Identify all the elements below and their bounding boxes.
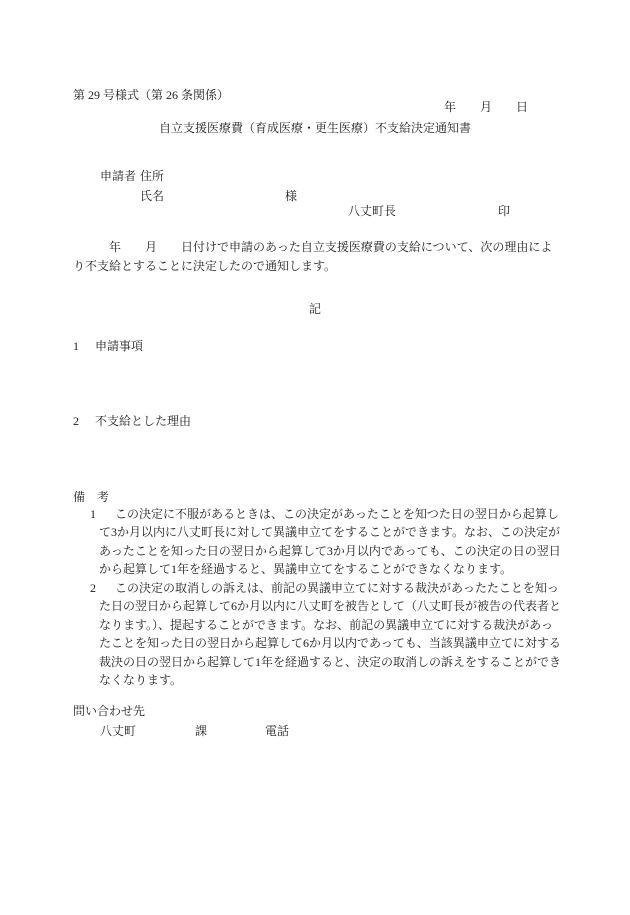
date-line: 年 月 日 <box>444 100 528 114</box>
honorific-sama: 様 <box>285 189 297 203</box>
section-1-label: 申請事項 <box>95 339 143 353</box>
section-2-number: 2 <box>73 414 79 428</box>
contact-municipality: 八丈町 <box>100 724 136 738</box>
name-label: 氏名 <box>140 189 164 203</box>
remarks-heading: 備 考 <box>73 490 109 504</box>
body-line-1: 年 月 日付けで申請のあった自立支援医療費の支給について、次の理由によ <box>73 240 552 254</box>
contact-phone-label: 電話 <box>265 724 289 738</box>
remark-1-number: 1 <box>90 507 96 521</box>
remark-1-line-1: この決定に不服があるときは、この決定があったことを知つた日の翌日から起算し <box>115 507 559 521</box>
body-line-2: り不支給とすることに決定したので通知します。 <box>73 259 336 273</box>
remark-2-line-2: た日の翌日から起算して6か月以内に八丈町を被告として（八丈町長が被告の代表者と <box>99 599 561 613</box>
remark-1-line-4: から起算して1年を経過すると、異議申立てをすることができなくなります。 <box>99 562 512 576</box>
mayor-title: 八丈町長 <box>348 204 396 218</box>
remark-1-line-3: あったことを知った日の翌日から起算して3か月以内であっても、この決定の日の翌日 <box>99 544 561 558</box>
record-marker: 記 <box>0 302 630 316</box>
document-title: 自立支援医療費（育成医療・更生医療）不支給決定通知書 <box>0 121 630 135</box>
remark-2-number: 2 <box>90 581 96 595</box>
remark-2-line-3: なります。）、提起することができます。なお、前記の異議申立てに対する裁決があっ <box>99 618 553 632</box>
applicant-label: 申請者 <box>100 169 136 183</box>
contact-heading: 問い合わせ先 <box>73 704 145 718</box>
remark-2-line-1: この決定の取消しの訴えは、前記の異議申立てに対する裁決があったたことを知っ <box>115 581 559 595</box>
document-page: 第 29 号様式（第 26 条関係） 年 月 日 自立支援医療費（育成医療・更生… <box>0 0 630 915</box>
remark-2-line-6: なくなります。 <box>99 673 182 687</box>
address-label: 住所 <box>140 169 164 183</box>
seal-mark: 印 <box>498 204 510 218</box>
remark-1-line-2: て3か月以内に八丈町長に対して異議申立てをすることができます。なお、この決定が <box>99 525 560 539</box>
remark-2-line-5: 裁決の日の翌日から起算して1年を経過すると、決定の取消しの訴えをすることができ <box>99 655 561 669</box>
section-1-number: 1 <box>73 339 79 353</box>
form-number: 第 29 号様式（第 26 条関係） <box>73 88 229 102</box>
contact-department-label: 課 <box>195 724 207 738</box>
section-2-label: 不支給とした理由 <box>95 414 191 428</box>
remark-2-line-4: たことを知った日の翌日から起算して6か月以内であっても、当該異議申立てに対する <box>99 636 561 650</box>
